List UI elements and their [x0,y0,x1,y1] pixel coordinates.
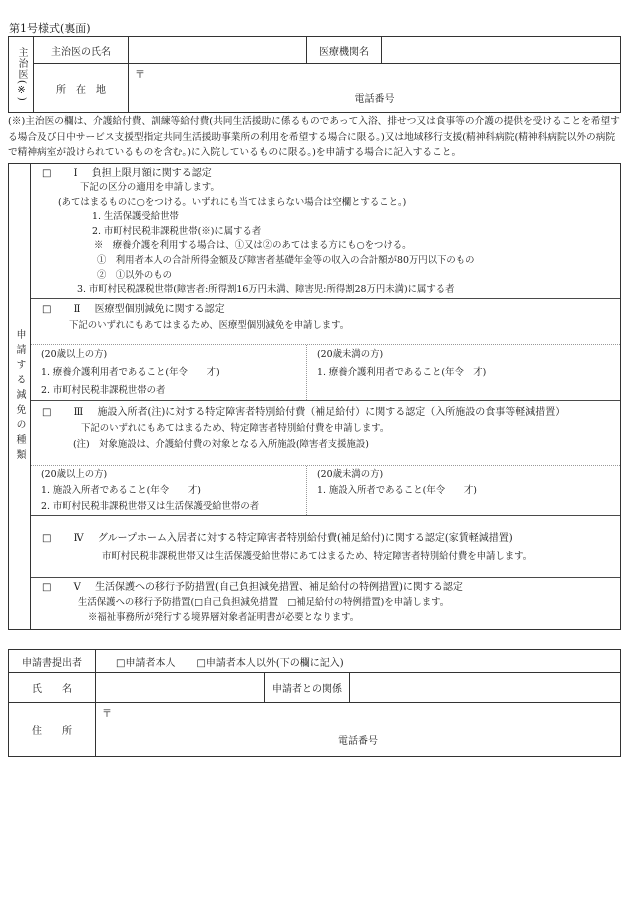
relation-field[interactable] [350,673,620,702]
section-2-numeral: Ⅱ [74,304,81,315]
medical-org-label: 医療機関名 [307,37,382,63]
section-5: □ Ⅴ 生活保護への移行予防措置(自己負担減免措置、補足給付の特例措置)に関する… [31,577,620,629]
section-3-line: 下記のいずれにもあてはまるため、特定障害者特別給付費を申請します。 [31,421,620,437]
section-2-adult-column: (20歳以上の方) 1. 療養介護利用者であること(年令 才) 2. 市町村民税… [31,345,307,400]
section-3-age-columns: (20歳以上の方) 1. 施設入所者であること(年令 才) 2. 市町村民税非課… [31,465,620,515]
postal-mark-icon: 〒 [135,66,145,81]
section-1-item: 3. 市町村民税課税世帯(障害者:所得割16万円未満、障害児:所得割28万円未満… [31,283,620,298]
section-5-line: 生活保護への移行予防措置(□自己負担減免措置 □補足給付の特例措置)を申請します… [31,595,620,610]
option-other-checkbox[interactable]: □申請者本人以外(下の欄に記入) [196,654,343,669]
section-1-item: 1. 生活保護受給世帯 [31,210,620,225]
relation-label: 申請者との関係 [265,673,350,702]
section-1-numeral: Ⅰ [74,168,78,179]
section-2-title: 医療型個別減免に関する認定 [95,304,225,315]
doctor-name-label: 主治医の氏名 [34,37,129,63]
section-3-checkbox[interactable]: □ [42,407,51,418]
section-3-title: 施設入所者(注)に対する特定障害者特別給付費（補足給付）に関する認定（入所施設の… [97,407,565,418]
submitter-address-field[interactable]: 〒 電話番号 [96,703,620,756]
age-group-header: (20歳未満の方) [307,467,620,483]
doctor-note: (※)主治医の欄は、介護給付費、訓練等給付費(共同生活援助に係るものであって入浴… [8,114,621,161]
section-3-header: □ Ⅲ 施設入所者(注)に対する特定障害者特別給付費（補足給付）に関する認定（入… [31,405,620,421]
section-4-checkbox[interactable]: □ [42,533,51,544]
section-3-adult-column: (20歳以上の方) 1. 施設入所者であること(年令 才) 2. 市町村民税非課… [31,466,307,515]
submitter-address-label: 住 所 [9,703,96,756]
age-group-header: (20歳以上の方) [31,467,306,483]
section-5-title: 生活保護への移行予防措置(自己負担減免措置、補足給付の特例措置)に関する認定 [95,582,463,593]
section-1-note: ※ 療養介護を利用する場合は、①又は②のあてはまる方にも○をつける。 [31,239,620,254]
form-page: 第1号様式(裏面) 主治医(※) 主治医の氏名 医療機関名 所 在 地 〒 電話… [0,0,630,915]
section-2-line: 下記のいずれにもあてはまるため、医療型個別減免を申請します。 [31,318,620,334]
condition-item: 1. 施設入所者であること(年令 才) [31,483,306,499]
form-title: 第1号様式(裏面) [9,20,91,36]
section-1-subitem: ① 利用者本人の合計所得金額及び障害者基礎年金等の収入の合計額が80万円以下のも… [31,254,620,269]
section-3-note: (注) 対象施設は、介護給付費の対象となる入所施設(障害者支援施設) [31,437,620,453]
section-2-minor-column: (20歳未満の方) 1. 療養介護利用者であること(年令 才) [307,345,620,400]
section-3-numeral: Ⅲ [74,407,84,418]
submitter-name-row: 氏 名 申請者との関係 [9,673,620,703]
doctor-address-label: 所 在 地 [34,64,129,112]
section-2-checkbox[interactable]: □ [42,304,51,315]
condition-item: 1. 施設入所者であること(年令 才) [307,483,620,499]
doctor-phone-label: 電話番号 [129,90,620,105]
section-1: □ Ⅰ 負担上限月額に関する認定 下記の区分の適用を申請します。 (あてはまるも… [31,164,620,298]
doctor-name-field[interactable] [129,37,307,63]
apply-vertical-label: 申請する減免の種類 [9,164,31,629]
section-4-title: グループホーム入居者に対する特定障害者特別給付費(補足給付)に関する認定(家賃軽… [98,533,513,544]
section-4-header: □ Ⅳ グループホーム入居者に対する特定障害者特別給付費(補足給付)に関する認定… [31,530,620,548]
section-2-header: □ Ⅱ 医療型個別減免に関する認定 [31,302,620,318]
section-1-instruction: (あてはまるものに○をつける。いずれにも当てはまらない場合は空欄とすること。) [31,196,620,211]
submitter-name-label: 氏 名 [9,673,96,702]
submitter-table: 申請書提出者 □申請者本人 □申請者本人以外(下の欄に記入) 氏 名 申請者との… [8,649,621,757]
condition-item: 1. 療養介護利用者であること(年令 才) [31,364,306,382]
submitter-row: 申請書提出者 □申請者本人 □申請者本人以外(下の欄に記入) [9,650,620,673]
section-1-line: 下記の区分の適用を申請します。 [31,181,620,196]
section-2: □ Ⅱ 医療型個別減免に関する認定 下記のいずれにもあてはまるため、医療型個別減… [31,298,620,400]
section-1-header: □ Ⅰ 負担上限月額に関する認定 [31,166,620,181]
application-sections: □ Ⅰ 負担上限月額に関する認定 下記の区分の適用を申請します。 (あてはまるも… [31,164,620,629]
doctor-name-row: 主治医の氏名 医療機関名 [34,37,620,64]
section-3: □ Ⅲ 施設入所者(注)に対する特定障害者特別給付費（補足給付）に関する認定（入… [31,400,620,515]
section-1-subitem: ② ①以外のもの [31,269,620,284]
section-4: □ Ⅳ グループホーム入居者に対する特定障害者特別給付費(補足給付)に関する認定… [31,515,620,577]
doctor-vertical-label: 主治医(※) [9,37,34,112]
age-group-header: (20歳未満の方) [307,346,620,364]
age-group-header: (20歳以上の方) [31,346,306,364]
section-5-note: ※福祉事務所が発行する境界層対象者証明書が必要となります。 [31,610,620,625]
section-1-title: 負担上限月額に関する認定 [92,168,212,179]
section-4-line: 市町村民税非課税世帯又は生活保護受給世帯にあてはまるため、特定障害者特別給付費を… [31,548,620,566]
section-5-numeral: Ⅴ [74,582,81,593]
application-table: 申請する減免の種類 □ Ⅰ 負担上限月額に関する認定 下記の区分の適用を申請しま… [8,163,621,630]
condition-item: 2. 市町村民税非課税世帯の者 [31,382,306,400]
doctor-address-row: 所 在 地 〒 電話番号 [34,64,620,112]
doctor-table-body: 主治医の氏名 医療機関名 所 在 地 〒 電話番号 [34,37,620,112]
postal-mark-icon: 〒 [102,705,112,720]
submitter-options: □申請者本人 □申請者本人以外(下の欄に記入) [96,650,620,672]
submitter-name-field[interactable] [96,673,265,702]
section-5-header: □ Ⅴ 生活保護への移行予防措置(自己負担減免措置、補足給付の特例措置)に関する… [31,580,620,595]
submitter-label: 申請書提出者 [9,650,96,672]
medical-org-field[interactable] [382,37,620,63]
section-1-checkbox[interactable]: □ [42,168,51,179]
section-2-head: □ Ⅱ 医療型個別減免に関する認定 下記のいずれにもあてはまるため、医療型個別減… [31,299,620,344]
doctor-address-field[interactable]: 〒 電話番号 [129,64,620,112]
section-3-minor-column: (20歳未満の方) 1. 施設入所者であること(年令 才) [307,466,620,515]
condition-item: 1. 療養介護利用者であること(年令 才) [307,364,620,382]
section-2-age-columns: (20歳以上の方) 1. 療養介護利用者であること(年令 才) 2. 市町村民税… [31,344,620,400]
section-1-item: 2. 市町村民税非課税世帯(※)に属する者 [31,225,620,240]
option-self-checkbox[interactable]: □申請者本人 [116,654,175,669]
submitter-phone-label: 電話番号 [96,732,620,747]
section-3-head: □ Ⅲ 施設入所者(注)に対する特定障害者特別給付費（補足給付）に関する認定（入… [31,401,620,465]
condition-item: 2. 市町村民税非課税世帯又は生活保護受給世帯の者 [31,499,306,515]
section-5-checkbox[interactable]: □ [42,582,51,593]
submitter-address-row: 住 所 〒 電話番号 [9,703,620,756]
section-4-numeral: Ⅳ [74,533,84,544]
doctor-table: 主治医(※) 主治医の氏名 医療機関名 所 在 地 〒 電話番号 [8,36,621,113]
